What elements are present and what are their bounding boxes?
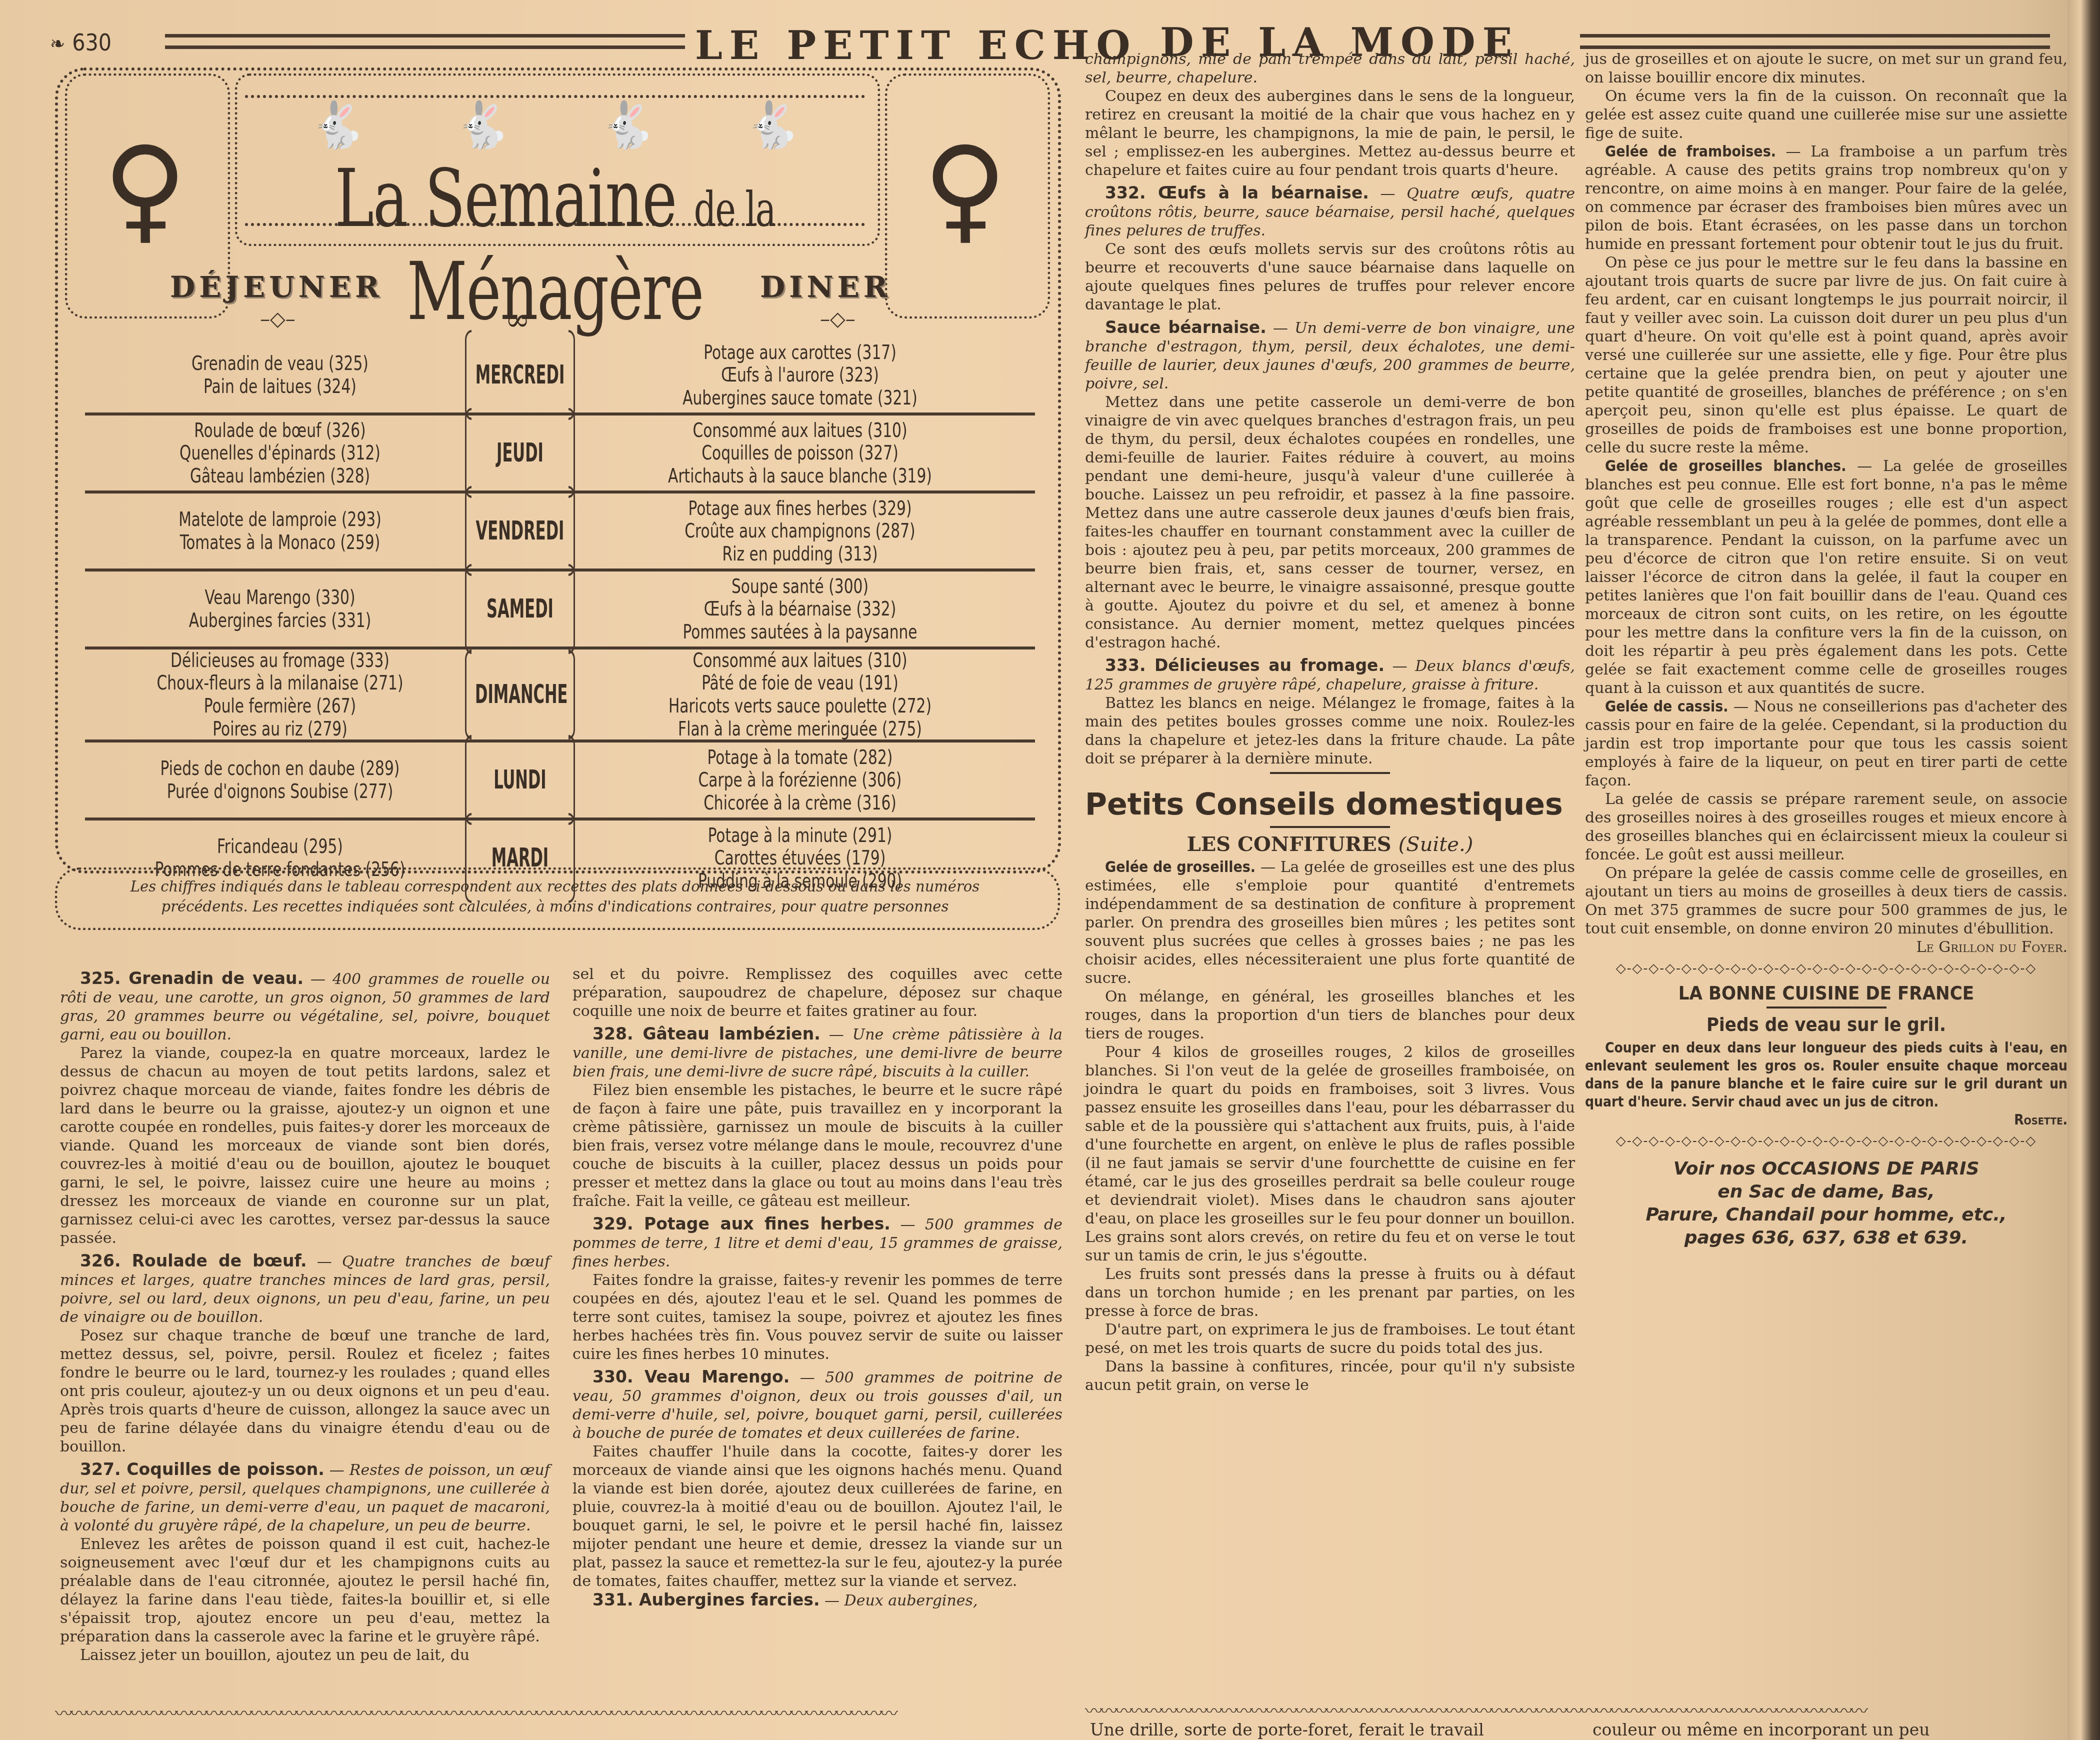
menu-row: Matelote de lamproie (293)Tomates à la M… xyxy=(85,493,1035,571)
dish-item: Aubergines sauce tomate (321) xyxy=(565,386,1035,409)
diamond-border: ◇-◇-◇-◇-◇-◇-◇-◇-◇-◇-◇-◇-◇-◇-◇-◇-◇-◇-◇-◇-… xyxy=(1585,959,2067,978)
diner-cell: Soupe santé (300)Œufs à la béarnaise (33… xyxy=(565,575,1035,643)
dejeuner-cell: Roulade de bœuf (326)Quenelles d'épinard… xyxy=(85,419,475,487)
ornament-icon: ❧ xyxy=(50,32,65,55)
conseil-paragraph: On écume vers la fin de la cuisson. On r… xyxy=(1585,87,2067,142)
menu-row: Délicieuses au fromage (333)Choux-fleurs… xyxy=(85,649,1035,742)
conseil-paragraph: Gelée de cassis. — Nous ne conseillerion… xyxy=(1585,697,2067,790)
day-label: JEUDI xyxy=(475,438,565,468)
recipe-paragraph: Ce sont des œufs mollets servis sur des … xyxy=(1085,240,1575,314)
dish-item: Riz en pudding (313) xyxy=(565,542,1035,565)
recipe-heading: 327. Coquilles de poisson. — Restes de p… xyxy=(60,1460,550,1535)
day-label: VENDREDI xyxy=(475,516,565,546)
dish-item: Choux-fleurs à la milanaise (271) xyxy=(85,671,475,694)
weekly-menu: ♀ ♀ 🐇 🐇 🐇 🐇 La Semaine de la Ménagère DÉ… xyxy=(55,67,1060,930)
banner-title-small: de la xyxy=(694,182,775,237)
dish-item: Pommes sautées à la paysanne xyxy=(565,620,1035,643)
conseil-paragraph: La gelée de cassis se prépare rarement s… xyxy=(1585,790,2067,864)
dejeuner-cell: Veau Marengo (330)Aubergines farcies (33… xyxy=(85,586,475,631)
recipe-title: 330. Veau Marengo. xyxy=(592,1367,789,1386)
recipe-paragraph: Coupez en deux des aubergines dans le se… xyxy=(1085,87,1575,179)
diamond-ornament-icon: –◇– xyxy=(820,307,855,330)
housewife-illustration-icon: ♀ xyxy=(70,122,220,256)
banner-title-main: La Semaine xyxy=(335,151,676,244)
recipes-column-1: 325. Grenadin de veau. — 400 grammes de … xyxy=(60,965,550,1664)
conseil-heading: Gelée de framboises. xyxy=(1605,143,1776,160)
hare-icon: 🐇 xyxy=(309,99,365,151)
bonne-cuisine-title: LA BONNE CUISINE DE FRANCE xyxy=(1585,984,2067,1002)
bonne-cuisine-text: Couper en deux dans leur longueur des pi… xyxy=(1585,1039,2067,1111)
menu-banner-title: La Semaine de la Ménagère xyxy=(250,151,860,338)
conseil-paragraph: Gelée de groseilles blanches. — La gelée… xyxy=(1585,457,2067,697)
day-label: SAMEDI xyxy=(475,594,565,624)
menu-note: Les chiffres indiqués dans le tableau co… xyxy=(85,876,1025,916)
dish-item: Roulade de bœuf (326) xyxy=(85,419,475,442)
dish-item: Carpe à la forézienne (306) xyxy=(565,768,1035,791)
dish-item: Gâteau lambézien (328) xyxy=(85,464,475,487)
recipe-heading: 329. Potage aux fines herbes. — 500 gram… xyxy=(572,1214,1062,1271)
dejeuner-cell: Délicieuses au fromage (333)Choux-fleurs… xyxy=(85,649,475,740)
page-number: ❧630 xyxy=(50,29,111,56)
recipe-ingredients: Deux aubergines, xyxy=(844,1592,978,1609)
conseil-heading: Gelée de groseilles. xyxy=(1105,858,1255,876)
recipe-title: 331. Aubergines farcies. xyxy=(592,1590,820,1609)
recipe-paragraph: Mettez dans une petite casserole un demi… xyxy=(1085,393,1575,652)
recipe-paragraph: Filez bien ensemble les pistaches, le be… xyxy=(572,1081,1062,1210)
conseil-paragraph: jus de groseilles et on ajoute le sucre,… xyxy=(1585,50,2067,87)
bonne-cuisine-recipe-title: Pieds de veau sur le gril. xyxy=(1585,1015,2067,1034)
recipe-title: 332. Œufs à la béarnaise. xyxy=(1105,183,1369,202)
dish-item: Consommé aux laitues (310) xyxy=(565,649,1035,672)
next-page-fragment-left: Une drille, sorte de porte-foret, ferait… xyxy=(1090,1720,1484,1739)
header-rule-right xyxy=(1580,34,2050,49)
recipe-paragraph: Parez la viande, coupez-la en quatre mor… xyxy=(60,1044,550,1247)
advert-line: Voir nos OCCASIONS DE PARIS xyxy=(1585,1157,2067,1180)
next-page-fragment-right: couleur ou même en incorporant un peu xyxy=(1592,1720,1930,1739)
diamond-ornament-icon: –◇– xyxy=(260,307,295,330)
day-label: DIMANCHE xyxy=(475,679,565,709)
menu-row: Veau Marengo (330)Aubergines farcies (33… xyxy=(85,571,1035,649)
hare-icon: 🐇 xyxy=(599,99,655,151)
conseil-paragraph: On prépare la gelée de cassis comme cell… xyxy=(1585,864,2067,938)
recipes-column-2: sel et du poivre. Remplissez des coquill… xyxy=(572,965,1062,1610)
dish-item: Œufs à la béarnaise (332) xyxy=(565,597,1035,620)
day-label: LUNDI xyxy=(475,765,565,795)
conseil-heading: Gelée de cassis. xyxy=(1605,698,1728,715)
dish-item: Poule fermière (267) xyxy=(85,694,475,717)
dish-item: Pain de laitues (324) xyxy=(85,375,475,398)
hare-icon: 🐇 xyxy=(744,99,800,151)
maid-illustration-icon: ♀ xyxy=(890,122,1040,256)
diner-cell: Potage aux carottes (317)Œufs à l'aurore… xyxy=(565,341,1035,409)
menu-row: Grenadin de veau (325)Pain de laitues (3… xyxy=(85,337,1035,415)
menu-table: Grenadin de veau (325)Pain de laitues (3… xyxy=(85,337,1035,895)
day-label: MERCREDI xyxy=(475,360,565,390)
dish-item: Matelote de lamproie (293) xyxy=(85,508,475,531)
conseil-paragraph: Pour 4 kilos de groseilles rouges, 2 kil… xyxy=(1085,1043,1575,1265)
dish-item: Soupe santé (300) xyxy=(565,575,1035,598)
recipe-heading: 333. Délicieuses au fromage. — Deux blan… xyxy=(1085,656,1575,694)
recipe-title: 328. Gâteau lambézien. xyxy=(592,1024,820,1043)
dish-item: Potage à la tomate (282) xyxy=(565,746,1035,769)
recipe-title: 327. Coquilles de poisson. xyxy=(80,1459,324,1479)
dejeuner-cell: Matelote de lamproie (293)Tomates à la M… xyxy=(85,508,475,553)
recipe-heading: 332. Œufs à la béarnaise. — Quatre œufs,… xyxy=(1085,183,1575,240)
advert-line: Parure, Chandail pour homme, etc., xyxy=(1585,1203,2067,1226)
recipe-title: Sauce béarnaise. xyxy=(1105,317,1266,337)
dish-item: Fricandeau (295) xyxy=(85,835,475,858)
hare-decoration: 🐇 🐇 🐇 🐇 xyxy=(265,97,845,152)
book-spine xyxy=(2067,0,2100,1740)
conseil-paragraph: D'autre part, on exprimera le jus de fra… xyxy=(1085,1320,1575,1357)
conseils-column-4: jus de groseilles et on ajoute le sucre,… xyxy=(1585,50,2067,1249)
section-rule xyxy=(1270,826,1390,828)
bonne-cuisine-signature: Rosette. xyxy=(1585,1111,2067,1129)
recipe-heading: 326. Roulade de bœuf. — Quatre tranches … xyxy=(60,1251,550,1326)
recipe-heading: 330. Veau Marengo. — 500 grammes de poit… xyxy=(572,1367,1062,1442)
recipe-paragraph: Faites chauffer l'huile dans la cocotte,… xyxy=(572,1442,1062,1590)
dish-item: Poires au riz (279) xyxy=(85,717,475,740)
diner-cell: Consommé aux laitues (310)Pâté de foie d… xyxy=(565,649,1035,740)
recipe-paragraph: Battez les blancs en neige. Mélangez le … xyxy=(1085,694,1575,768)
dish-item: Purée d'oignons Soubise (277) xyxy=(85,780,475,803)
advert-line: en Sac de dame, Bas, xyxy=(1585,1180,2067,1203)
dish-item: Coquilles de poisson (327) xyxy=(565,441,1035,464)
dish-item: Pieds de cochon en daube (289) xyxy=(85,757,475,780)
dish-item: Tomates à la Monaco (259) xyxy=(85,531,475,554)
dish-item: Grenadin de veau (325) xyxy=(85,352,475,375)
recipe-title: 325. Grenadin de veau. xyxy=(80,968,303,988)
recipe-paragraph: sel et du poivre. Remplissez des coquill… xyxy=(572,965,1062,1020)
journal-title-left: LE PETIT ECHO xyxy=(695,23,1137,68)
conseil-heading: Gelée de groseilles blanches. xyxy=(1605,457,1846,475)
dish-item: Potage à la minute (291) xyxy=(565,824,1035,847)
dish-item: Potage aux carottes (317) xyxy=(565,341,1035,364)
recipe-heading: 328. Gâteau lambézien. — Une crème pâtis… xyxy=(572,1024,1062,1081)
banner-title-end: Ménagère xyxy=(407,244,703,337)
menu-row: Roulade de bœuf (326)Quenelles d'épinard… xyxy=(85,415,1035,493)
dish-item: Quenelles d'épinards (312) xyxy=(85,441,475,464)
dish-item: Carottes étuvées (179) xyxy=(565,846,1035,869)
dish-item: Aubergines farcies (331) xyxy=(85,609,475,632)
wavy-divider: 〰〰〰〰〰〰〰〰〰〰〰〰〰〰〰〰〰〰〰〰〰〰〰〰〰〰〰〰〰〰〰〰〰〰〰〰〰〰〰〰… xyxy=(1085,1697,2065,1712)
dish-item: Artichauts à la sauce blanche (319) xyxy=(565,464,1035,487)
dejeuner-cell: Pieds de cochon en daube (289)Purée d'oi… xyxy=(85,757,475,802)
recipe-ingredients: champignons, mie de pain trempée dans du… xyxy=(1085,50,1575,87)
wavy-divider: 〰〰〰〰〰〰〰〰〰〰〰〰〰〰〰〰〰〰〰〰〰〰〰〰〰〰〰〰〰〰〰〰〰〰〰〰〰〰〰〰… xyxy=(55,1700,1075,1715)
header-rule-left xyxy=(165,34,685,49)
recipe-paragraph: Laissez jeter un bouillon, ajoutez un pe… xyxy=(60,1646,550,1664)
conseil-paragraph: Les fruits sont pressés dans la presse à… xyxy=(1085,1265,1575,1320)
dejeuner-heading: DÉJEUNER xyxy=(170,270,383,304)
dish-item: Pâté de foie de veau (191) xyxy=(565,671,1035,694)
recipe-title: 333. Délicieuses au fromage. xyxy=(1105,655,1384,675)
dish-item: Consommé aux laitues (310) xyxy=(565,419,1035,442)
diner-cell: Consommé aux laitues (310)Coquilles de p… xyxy=(565,419,1035,487)
dish-item: Croûte aux champignons (287) xyxy=(565,519,1035,542)
recipes-column-3: champignons, mie de pain trempée dans du… xyxy=(1085,50,1575,1394)
dejeuner-cell: Grenadin de veau (325)Pain de laitues (3… xyxy=(85,352,475,397)
conseil-paragraph: Gelée de framboises. — La framboise a un… xyxy=(1585,142,2067,253)
conseils-signature: Le Grillon du Foyer. xyxy=(1585,938,2067,956)
page-number-text: 630 xyxy=(72,29,111,56)
conseils-subtitle-suffix: (Suite.) xyxy=(1398,833,1473,856)
conseils-subtitle: LES CONFITURES (Suite.) xyxy=(1085,835,1575,854)
diner-cell: Potage à la tomate (282)Carpe à la foréz… xyxy=(565,746,1035,814)
section-rule xyxy=(1270,772,1390,774)
recipe-paragraph: Enlevez les arêtes de poisson quand il e… xyxy=(60,1535,550,1646)
section-rule xyxy=(1766,1006,1886,1008)
recipe-heading: 331. Aubergines farcies. — Deux aubergin… xyxy=(572,1590,1062,1610)
recipe-paragraph: Faites fondre la graisse, faites-y reven… xyxy=(572,1271,1062,1363)
hare-icon: 🐇 xyxy=(454,99,510,151)
recipe-paragraph: Posez sur chaque tranche de bœuf une tra… xyxy=(60,1326,550,1456)
conseils-title: Petits Conseils domestiques xyxy=(1085,787,1575,822)
dish-item: Veau Marengo (330) xyxy=(85,586,475,609)
dish-item: Œufs à l'aurore (323) xyxy=(565,363,1035,386)
advertisement: Voir nos OCCASIONS DE PARISen Sac de dam… xyxy=(1585,1157,2067,1249)
recipe-heading: 325. Grenadin de veau. — 400 grammes de … xyxy=(60,969,550,1044)
recipe-title: 326. Roulade de bœuf. xyxy=(80,1251,307,1270)
dish-item: Flan à la crème meringuée (275) xyxy=(565,717,1035,740)
conseil-paragraph: On mélange, en général, les groseilles b… xyxy=(1085,987,1575,1043)
diner-heading: DINER xyxy=(760,270,891,304)
dish-item: Délicieuses au fromage (333) xyxy=(85,649,475,672)
conseil-paragraph: Dans la bassine à confitures, rincée, po… xyxy=(1085,1357,1575,1394)
scroll-ornament-icon: ∞ xyxy=(505,302,530,337)
menu-row: Pieds de cochon en daube (289)Purée d'oi… xyxy=(85,742,1035,820)
recipe-title: 329. Potage aux fines herbes. xyxy=(592,1214,890,1233)
dish-item: Haricots verts sauce poulette (272) xyxy=(565,694,1035,717)
conseil-paragraph: Gelée de groseilles. — La gelée de grose… xyxy=(1085,858,1575,987)
diamond-border: ◇-◇-◇-◇-◇-◇-◇-◇-◇-◇-◇-◇-◇-◇-◇-◇-◇-◇-◇-◇-… xyxy=(1585,1132,2067,1150)
conseil-paragraph: On pèse ce jus pour le mettre sur le feu… xyxy=(1585,253,2067,457)
advert-line: pages 636, 637, 638 et 639. xyxy=(1585,1226,2067,1249)
dish-item: Chicorée à la crème (316) xyxy=(565,791,1035,814)
diner-cell: Potage aux fines herbes (329)Croûte aux … xyxy=(565,497,1035,565)
recipe-heading: Sauce béarnaise. — Un demi-verre de bon … xyxy=(1085,318,1575,393)
dish-item: Potage aux fines herbes (329) xyxy=(565,497,1035,520)
